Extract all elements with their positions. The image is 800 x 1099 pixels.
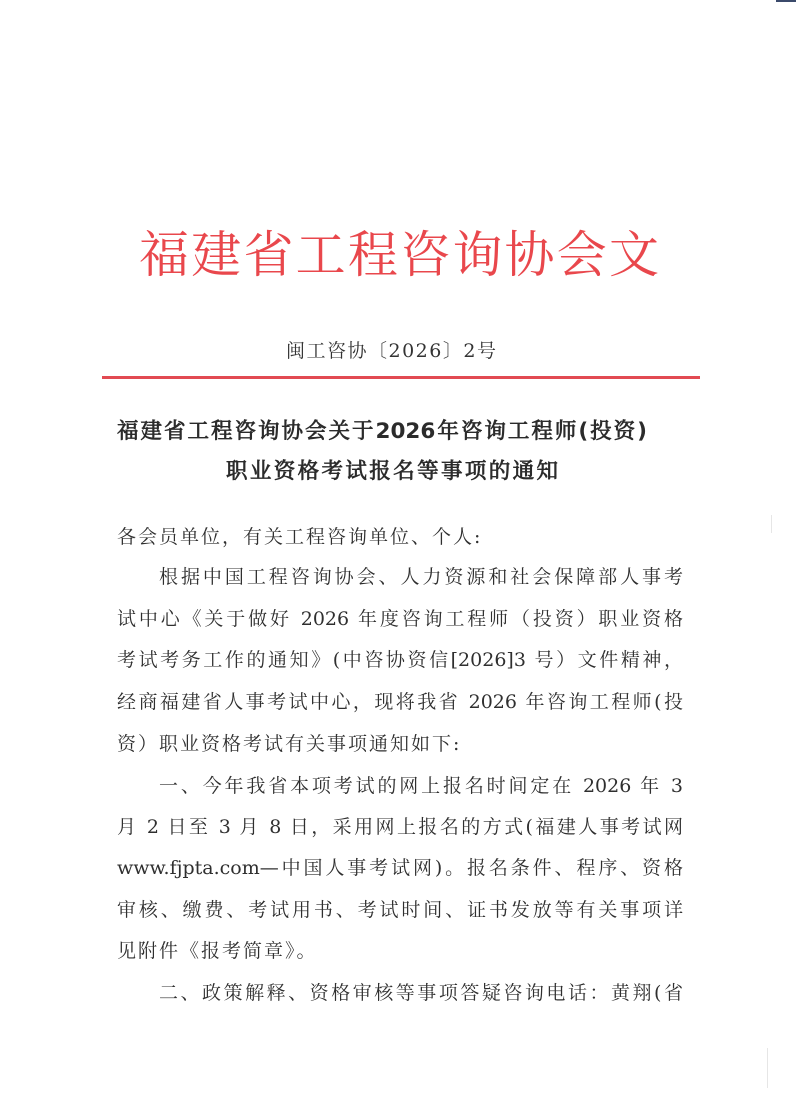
body-line: 资）职业资格考试有关事项通知如下: bbox=[117, 729, 683, 759]
masthead-char: 福 bbox=[138, 222, 190, 288]
body-line: 见附件《报考简章》。 bbox=[117, 936, 683, 966]
document-masthead: 福 建 省 工 程 咨 询 协 会 文 bbox=[138, 222, 660, 288]
masthead-char: 会 bbox=[556, 222, 608, 288]
notice-title-line-1: 福建省工程咨询协会关于2026年咨询工程师(投资) bbox=[117, 417, 647, 447]
body-line: www.fjpta.com—中国人事考试网)。报名条件、程序、资格 bbox=[117, 853, 683, 883]
body-line: 月 2 日至 3 月 8 日，采用网上报名的方式(福建人事考试网 bbox=[117, 812, 683, 842]
document-number: 闽工咨协〔2026〕2号 bbox=[286, 338, 516, 364]
notice-title-line-2: 职业资格考试报名等事项的通知 bbox=[226, 457, 558, 487]
scan-artifact-fleck bbox=[771, 515, 772, 533]
masthead-char: 工 bbox=[295, 222, 347, 288]
body-line: 试中心《关于做好 2026 年度咨询工程师（投资）职业资格 bbox=[117, 604, 683, 634]
salutation: 各会员单位，有关工程咨询单位、个人: bbox=[117, 522, 683, 552]
masthead-char: 省 bbox=[242, 222, 294, 288]
body-line: 一、今年我省本项考试的网上报名时间定在 2026 年 3 bbox=[159, 771, 683, 801]
masthead-char: 协 bbox=[504, 222, 556, 288]
body-line: 考试考务工作的通知》(中咨协资信[2026]3 号）文件精神， bbox=[117, 645, 683, 675]
masthead-char: 建 bbox=[190, 222, 242, 288]
body-line: 根据中国工程咨询协会、人力资源和社会保障部人事考 bbox=[159, 562, 683, 592]
red-divider-rule bbox=[102, 376, 700, 379]
masthead-char: 咨 bbox=[399, 222, 451, 288]
masthead-char: 程 bbox=[347, 222, 399, 288]
body-line: 审核、缴费、考试用书、考试时间、证书发放等有关事项详 bbox=[117, 895, 683, 925]
body-line: 二、政策解释、资格审核等事项答疑咨询电话：黄翔(省 bbox=[159, 978, 683, 1008]
masthead-char: 文 bbox=[608, 222, 660, 288]
masthead-char: 询 bbox=[451, 222, 503, 288]
scan-artifact-mark bbox=[776, 0, 796, 2]
document-page: 福 建 省 工 程 咨 询 协 会 文 闽工咨协〔2026〕2号 福建省工程咨询… bbox=[0, 0, 800, 1099]
scan-artifact-fleck bbox=[767, 1048, 768, 1088]
body-line: 经商福建省人事考试中心，现将我省 2026 年咨询工程师(投 bbox=[117, 687, 683, 717]
